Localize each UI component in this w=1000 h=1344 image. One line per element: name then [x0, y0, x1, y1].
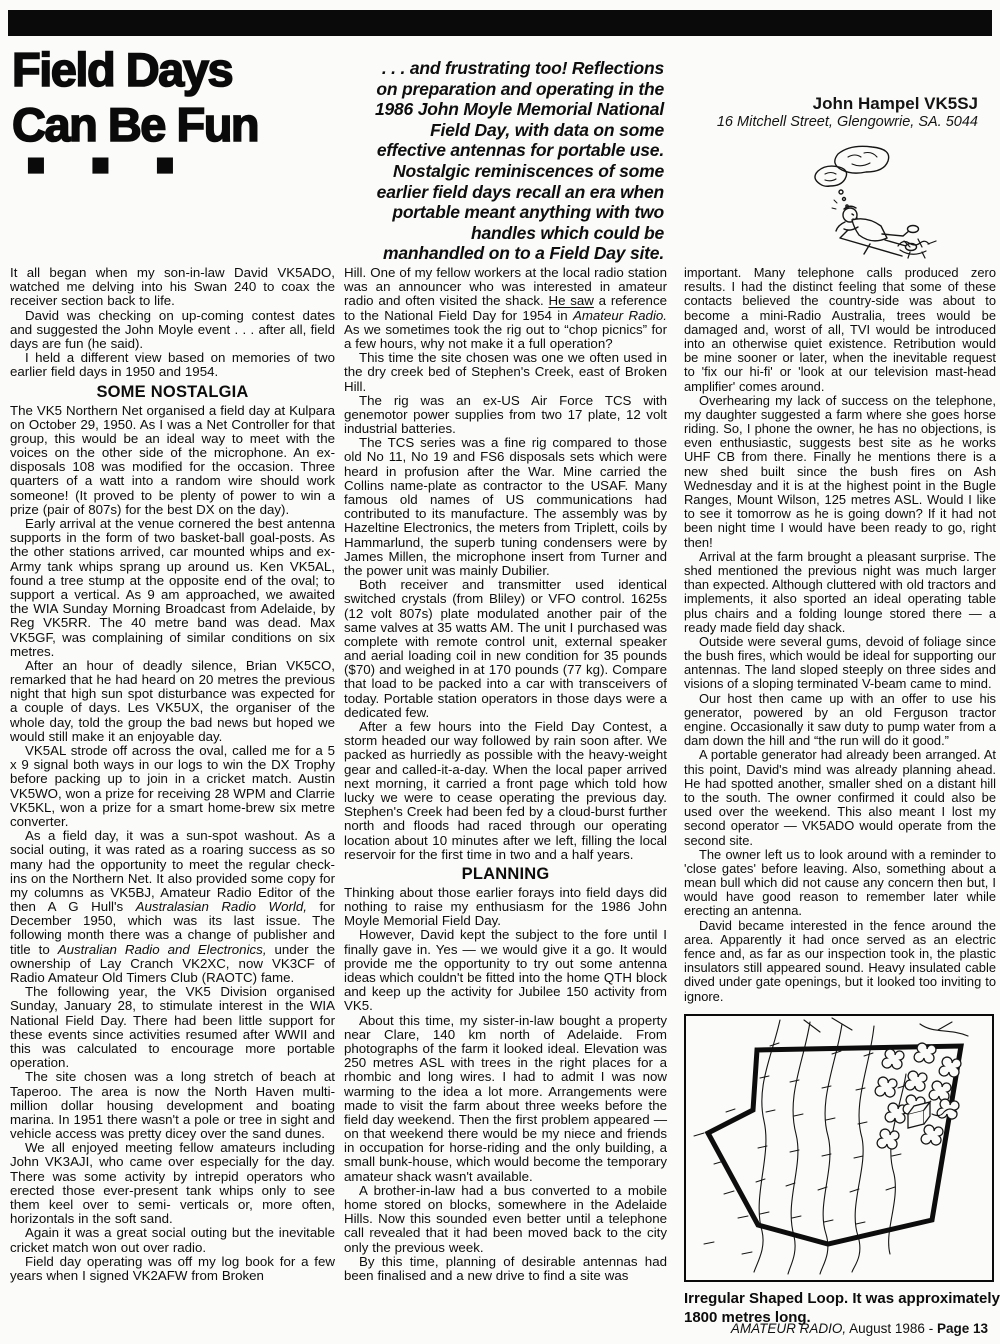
reclining-operator-cartoon-icon	[782, 140, 942, 260]
article-title: Field Days Can Be Fun	[12, 42, 342, 152]
paragraph: important. Many telephone calls produced…	[684, 266, 996, 394]
intro-line: handles which could be	[340, 223, 664, 244]
paragraph: After a few hours into the Field Day Con…	[344, 720, 667, 862]
article-column-2: Hill. One of my fellow workers at the lo…	[344, 266, 667, 1283]
paragraph: Hill. One of my fellow workers at the lo…	[344, 266, 667, 351]
intro-line: Nostalgic reminiscences of some	[340, 161, 664, 182]
paragraph: We all enjoyed meeting fellow amateurs i…	[10, 1141, 335, 1226]
top-rule-bar	[8, 10, 992, 36]
intro-line: effective antennas for portable use.	[340, 140, 664, 161]
intro-line: 1986 John Moyle Memorial National	[340, 99, 664, 120]
title-line-2: Can Be Fun	[12, 97, 342, 152]
intro-line: manhandled on to a Field Day site.	[340, 243, 664, 264]
paragraph: I held a different view based on memorie…	[10, 351, 335, 379]
title-ellipsis-squares: ■ ■ ■	[26, 152, 194, 176]
intro-line: portable meant anything with two	[340, 202, 664, 223]
paragraph: The TCS series was a fine rig compared t…	[344, 436, 667, 578]
paragraph: Both receiver and transmitter used ident…	[344, 578, 667, 720]
article-column-3: important. Many telephone calls produced…	[684, 266, 996, 1004]
paragraph: A brother-in-law had a bus converted to …	[344, 1184, 667, 1255]
intro-line: . . . and frustrating too! Reflections	[340, 58, 664, 79]
paragraph: Thinking about those earlier forays into…	[344, 886, 667, 929]
paragraph: The VK5 Northern Net organised a field d…	[10, 404, 335, 518]
paragraph: David became interested in the fence aro…	[684, 919, 996, 1004]
title-line-1: Field Days	[12, 42, 342, 97]
paragraph: Field day operating was off my log book …	[10, 1255, 335, 1283]
author-address: 16 Mitchell Street, Glengowrie, SA. 5044	[717, 113, 978, 132]
paragraph: After an hour of deadly silence, Brian V…	[10, 659, 335, 744]
paragraph: The rig was an ex-US Air Force TCS with …	[344, 394, 667, 437]
author-name: John Hampel VK5SJ	[717, 94, 978, 113]
article-column-1: It all began when my son-in-law David VK…	[10, 266, 335, 1283]
intro-reflections: . . . and frustrating too! Reflectionson…	[340, 58, 664, 264]
paragraph: VK5AL strode off across the oval, called…	[10, 744, 335, 829]
paragraph: It all began when my son-in-law David VK…	[10, 266, 335, 309]
footer-issue: August 1986 -	[846, 1321, 937, 1336]
paragraph: This time the site chosen was one we oft…	[344, 351, 667, 394]
paragraph: However, David kept the subject to the f…	[344, 928, 667, 1013]
footer-magazine-title: AMATEUR RADIO,	[731, 1321, 846, 1336]
section-heading: SOME NOSTALGIA	[10, 380, 335, 404]
footer-page-number: Page 13	[937, 1321, 988, 1336]
magazine-page: { "masthead": { "title_line1": "Field Da…	[0, 0, 1000, 1344]
section-heading: PLANNING	[344, 862, 667, 886]
intro-line: Field Day, with data on some	[340, 120, 664, 141]
paragraph: By this time, planning of desirable ante…	[344, 1255, 667, 1283]
irregular-loop-map-figure	[684, 1014, 994, 1282]
paragraph: Early arrival at the venue cornered the …	[10, 517, 335, 659]
paragraph: The owner left us to look around with a …	[684, 848, 996, 919]
paragraph: Again it was a great social outing but t…	[10, 1226, 335, 1254]
paragraph: As a field day, it was a sun-spot washou…	[10, 829, 335, 985]
paragraph: Arrival at the farm brought a pleasant s…	[684, 550, 996, 635]
paragraph: A portable generator had already been ar…	[684, 748, 996, 847]
paragraph: Outside were several gums, devoid of fol…	[684, 635, 996, 692]
intro-line: on preparation and operating in the	[340, 79, 664, 100]
paragraph: The following year, the VK5 Division org…	[10, 985, 335, 1070]
paragraph: About this time, my sister-in-law bought…	[344, 1014, 667, 1184]
intro-line: earlier field days recall an era when	[340, 182, 664, 203]
page-footer: AMATEUR RADIO, August 1986 - Page 13	[731, 1321, 988, 1336]
paragraph: Our host then came up with an offer to u…	[684, 692, 996, 749]
paragraph: Overhearing my lack of success on the te…	[684, 394, 996, 550]
paragraph: David was checking on up-coming contest …	[10, 309, 335, 352]
paragraph: The site chosen was a long stretch of be…	[10, 1070, 335, 1141]
author-block: John Hampel VK5SJ 16 Mitchell Street, Gl…	[717, 94, 978, 132]
